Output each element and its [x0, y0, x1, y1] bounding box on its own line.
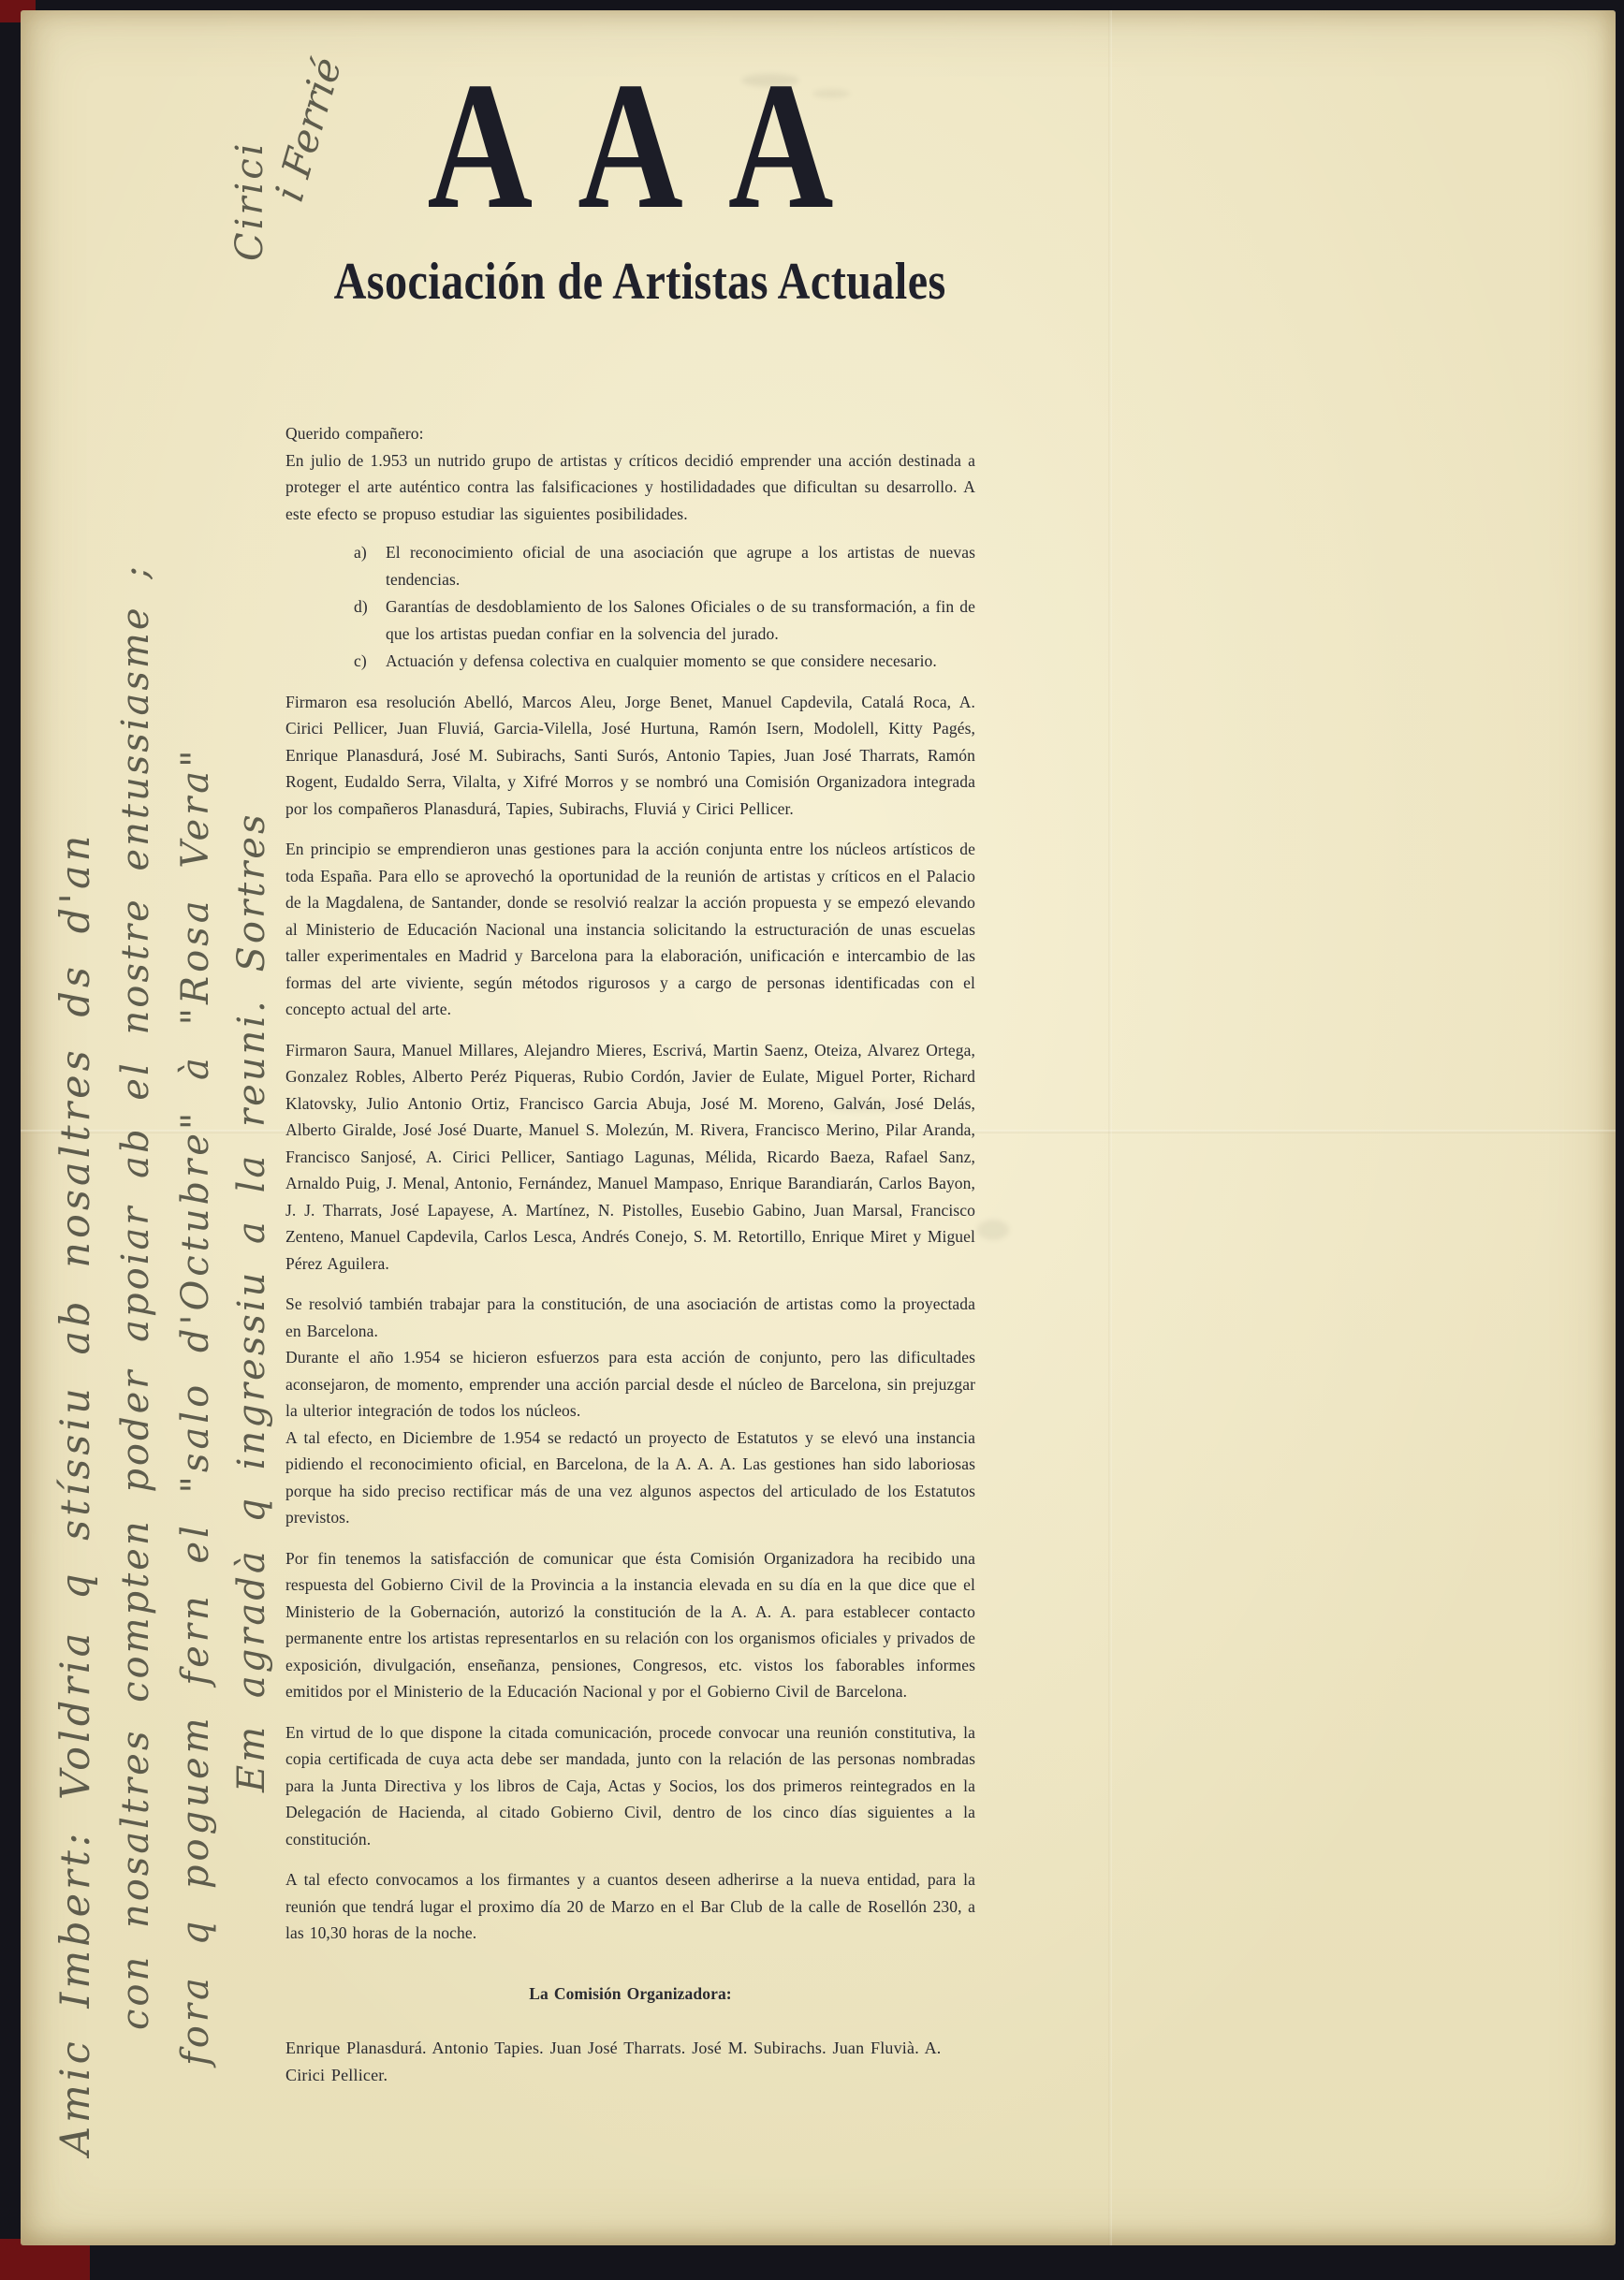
- paragraph-durante-1954: Durante el año 1.954 se hicieron esfuerz…: [285, 1344, 975, 1425]
- paragraph-firmaron-saura: Firmaron Saura, Manuel Millares, Alejand…: [285, 1037, 975, 1278]
- handwritten-margin-note-3: fora q poguem fern el "salo d'Octubre" à…: [174, 381, 217, 2066]
- handwritten-margin-note-4: Em agradà q ingressiu a la reuni. Sortre…: [230, 613, 273, 1792]
- paragraph-a-tal-efecto-estatutos: A tal efecto, en Diciembre de 1.954 se r…: [285, 1425, 975, 1531]
- letterhead: AAA Asociación de Artistas Actuales: [285, 55, 975, 310]
- paragraph-convocatoria-reunion: A tal efecto convocamos a los firmantes …: [285, 1866, 975, 1947]
- signatories-line: Enrique Planasdurá. Antonio Tapies. Juan…: [285, 2035, 975, 2088]
- handwritten-signature-cirici: Cirici: [228, 55, 271, 261]
- list-item-c: c) Actuación y defensa colectiva en cual…: [354, 648, 975, 675]
- paragraph-se-resolvio: Se resolvió también trabajar para la con…: [285, 1291, 975, 1344]
- paragraph-intro: En julio de 1.953 un nutrido grupo de ar…: [285, 447, 975, 528]
- paragraph-firmaron-resolucion: Firmaron esa resolución Abelló, Marcos A…: [285, 689, 975, 823]
- list-marker: a): [354, 539, 386, 592]
- paragraph-en-virtud: En virtud de lo que dispone la citada co…: [285, 1719, 975, 1853]
- pencil-smudge: [977, 1220, 1009, 1240]
- paragraph-en-principio: En principio se emprendieron unas gestio…: [285, 836, 975, 1023]
- vertical-fold-crease: [1108, 10, 1112, 2245]
- list-item-text: Actuación y defensa colectiva en cualqui…: [386, 648, 975, 675]
- paragraph-por-fin: Por fin tenemos la satisfacción de comun…: [285, 1545, 975, 1705]
- possibilities-list: a) El reconocimiento oficial de una asoc…: [354, 539, 975, 675]
- list-item-text: Garantías de desdoblamiento de los Salon…: [386, 593, 975, 647]
- list-item-a: a) El reconocimiento oficial de una asoc…: [354, 539, 975, 592]
- list-marker: d): [354, 593, 386, 647]
- org-name: Asociación de Artistas Actuales: [334, 255, 928, 310]
- list-item-d: d) Garantías de desdoblamiento de los Sa…: [354, 593, 975, 647]
- scanned-letter: Amic Imbert: Voldria q stíssiu ab nosalt…: [0, 0, 1624, 2280]
- list-marker: c): [354, 648, 386, 675]
- letter-body: Querido compañero: En julio de 1.953 un …: [285, 420, 975, 2102]
- handwritten-margin-note-2: con nosaltres compten poder apoiar ab el…: [114, 308, 157, 2030]
- list-item-text: El reconocimiento oficial de una asociac…: [386, 539, 975, 592]
- org-logo-aaa: AAA: [355, 55, 907, 238]
- paper-sheet: Amic Imbert: Voldria q stíssiu ab nosalt…: [21, 10, 1616, 2245]
- handwritten-margin-note-1: Amic Imbert: Voldria q stíssiu ab nosalt…: [52, 246, 99, 2156]
- closing-heading: La Comisión Organizadora:: [285, 1980, 975, 2008]
- salutation: Querido compañero:: [285, 420, 975, 447]
